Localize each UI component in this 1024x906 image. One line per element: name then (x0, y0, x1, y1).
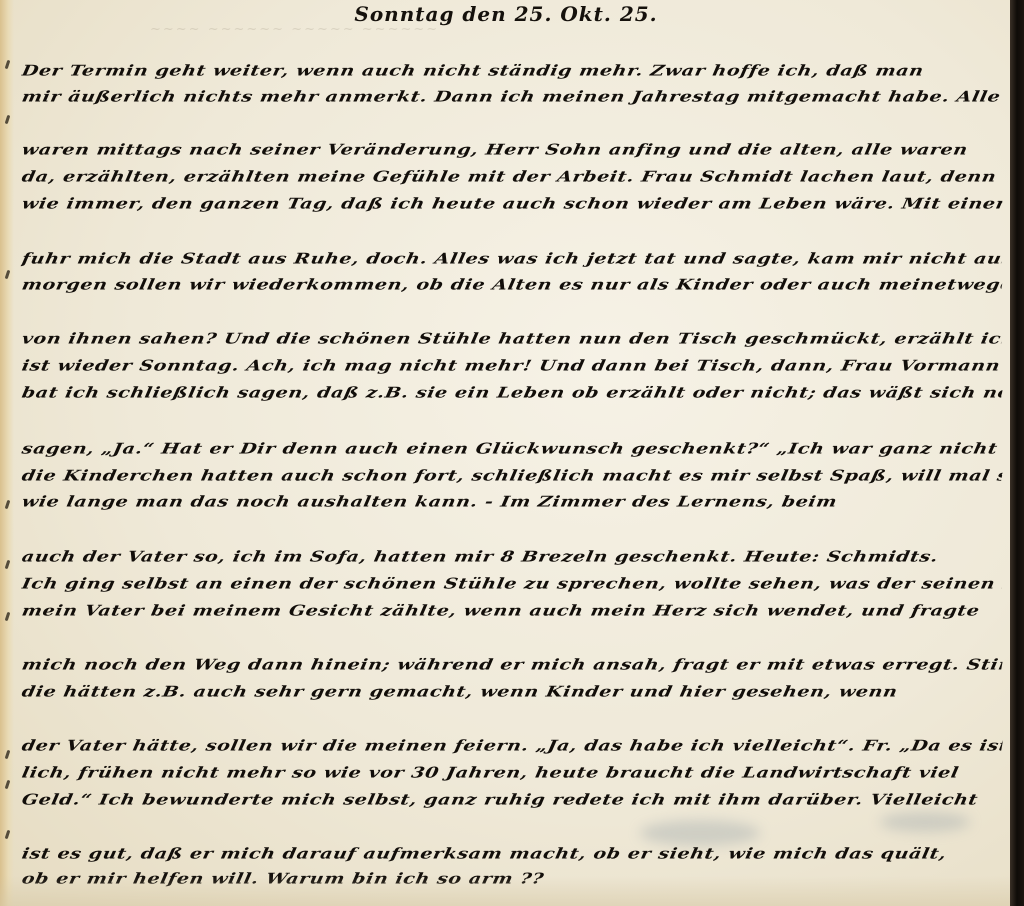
margin-mark (5, 115, 11, 124)
margin-mark (5, 750, 11, 759)
margin-mark (5, 560, 11, 569)
handwritten-line: die hätten z.B. auch sehr gern gemacht, … (20, 683, 1003, 700)
handwritten-line: wie immer, den ganzen Tag, daß ich heute… (20, 195, 1003, 212)
handwritten-line: fuhr mich die Stadt aus Ruhe, doch. Alle… (20, 250, 1003, 267)
margin-mark (5, 500, 11, 509)
margin-mark (5, 60, 11, 69)
handwritten-line: auch der Vater so, ich im Sofa, hatten m… (20, 548, 1003, 565)
handwritten-line: sagen, „Ja.“ Hat er Dir denn auch einen … (20, 440, 1003, 457)
handwritten-line: ist wieder Sonntag. Ach, ich mag nicht m… (20, 357, 1003, 374)
handwritten-line: ist es gut, daß er mich darauf aufmerksa… (20, 845, 1003, 862)
handwritten-line: die Kinderchen hatten auch schon fort, s… (20, 467, 1003, 484)
ink-smudge (880, 812, 970, 832)
handwritten-line: der Vater hätte, sollen wir die meinen f… (20, 737, 1003, 754)
margin-mark (5, 830, 11, 839)
handwritten-line: Geld.“ Ich bewunderte mich selbst, ganz … (20, 791, 1003, 808)
handwritten-line: mein Vater bei meinem Gesicht zählte, we… (20, 602, 1003, 619)
margin-mark (5, 780, 11, 789)
margin-mark (5, 612, 11, 621)
handwritten-line: waren mittags nach seiner Veränderung, H… (20, 141, 1003, 158)
handwritten-line: Der Termin geht weiter, wenn auch nicht … (20, 62, 1003, 79)
handwritten-line: mir äußerlich nichts mehr anmerkt. Dann … (20, 88, 1003, 105)
handwritten-line: lich, frühen nicht mehr so wie vor 30 Ja… (20, 764, 1003, 781)
handwritten-line: mich noch den Weg dann hinein; während e… (20, 656, 1003, 673)
handwritten-line: bat ich schließlich sagen, daß z.B. sie … (20, 384, 1003, 401)
ink-smudge (640, 820, 760, 846)
handwritten-line: Ich ging selbst an einen der schönen Stü… (20, 575, 1003, 592)
handwritten-line: morgen sollen wir wiederkommen, ob die A… (20, 276, 1003, 293)
diary-page: ~~~~ ~~~~~~ ~~~~~ ~~~~~~ Sonntag den 25.… (0, 0, 1012, 906)
handwritten-line: von ihnen sahen? Und die schönen Stühle … (20, 330, 1003, 347)
handwritten-line: wie lange man das noch aushalten kann. -… (20, 493, 1003, 510)
entry-date-heading: Sonntag den 25. Okt. 25. (0, 2, 1012, 26)
margin-mark (5, 270, 11, 279)
handwritten-line: ob er mir helfen will. Warum bin ich so … (20, 870, 623, 887)
handwritten-line: da, erzählten, erzählten meine Gefühle m… (20, 168, 1003, 185)
book-spine-edge (1010, 0, 1024, 906)
